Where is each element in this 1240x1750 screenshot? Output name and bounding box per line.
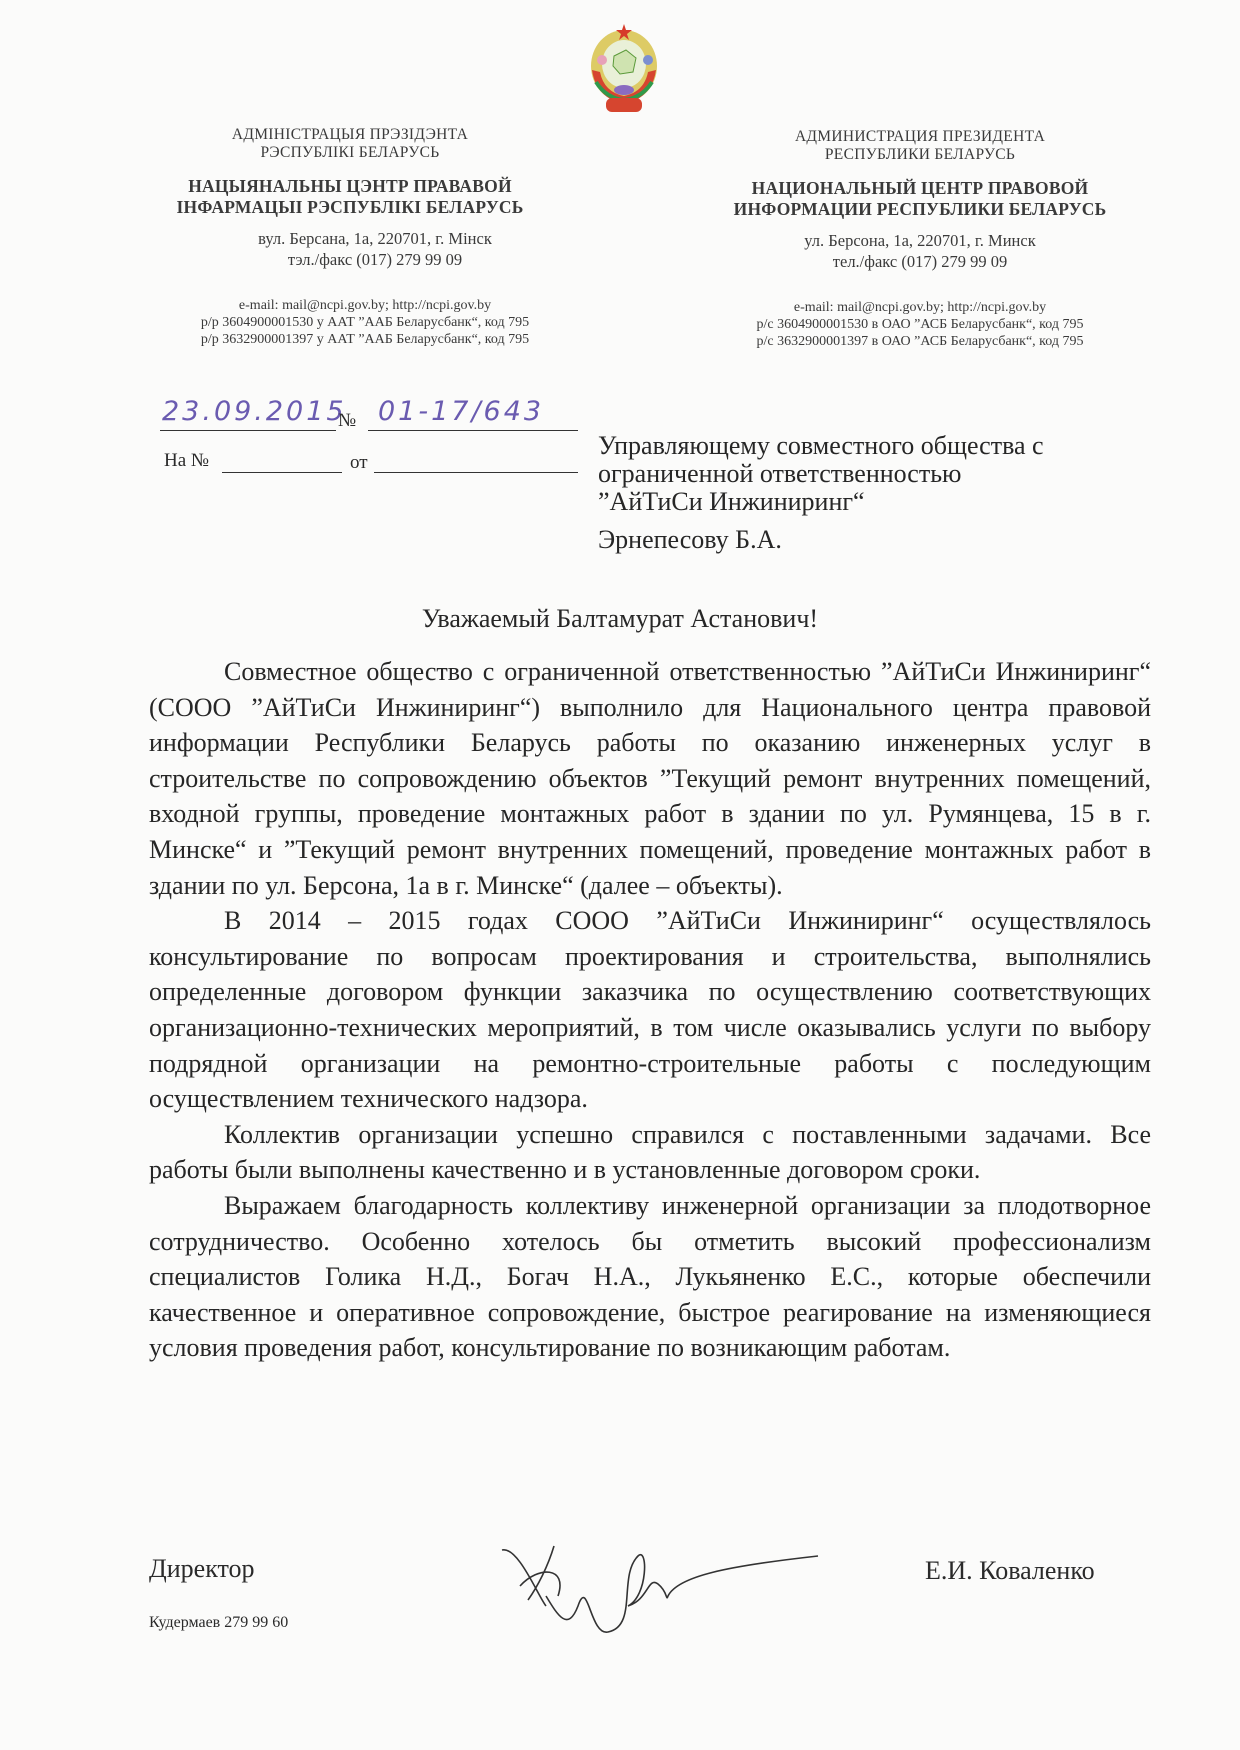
phone-ru: тел./факс (017) 279 99 09 xyxy=(700,251,1140,272)
paragraph-1: Совместное общество с ограниченной ответ… xyxy=(149,654,1151,903)
org-name-line2-ru: ИНФОРМАЦИИ РЕСПУБЛИКИ БЕЛАРУСЬ xyxy=(700,199,1140,220)
account1-ru: р/с 3604900001530 в ОАО ”АСБ Беларусбанк… xyxy=(700,316,1140,333)
from-label: от xyxy=(350,452,368,474)
signer-position: Директор xyxy=(149,1554,255,1584)
letter-body: Совместное общество с ограниченной ответ… xyxy=(149,654,1151,1366)
org-name-line1-ru: НАЦИОНАЛЬНЫЙ ЦЕНТР ПРАВОВОЙ xyxy=(700,178,1140,199)
account2-by: р/р 3632900001397 у ААТ ”ААБ Беларусбанк… xyxy=(140,331,560,348)
executor-contact: Кудермаев 279 99 60 xyxy=(149,1614,288,1632)
admin-title-by: АДМІНІСТРАЦЫЯ ПРЭЗІДЭНТА xyxy=(140,126,560,144)
paragraph-2: В 2014 – 2015 годах СООО ”АйТиСи Инжинир… xyxy=(149,903,1151,1117)
addressee-line2: ограниченной ответственностью xyxy=(598,460,1044,488)
greeting: Уважаемый Балтамурат Астанович! xyxy=(0,604,1240,634)
org-name-line1-by: НАЦЫЯНАЛЬНЫ ЦЭНТР ПРАВАВОЙ xyxy=(140,176,560,197)
addressee-name: Эрнепесову Б.А. xyxy=(598,526,1044,554)
email-by: e-mail: mail@ncpi.gov.by; http://ncpi.go… xyxy=(140,297,560,314)
addressee-line1: Управляющему совместного общества с xyxy=(598,432,1044,460)
reply-date-line xyxy=(374,452,578,473)
addressee-line3: ”АйТиСи Инжиниринг“ xyxy=(598,488,1044,516)
address-ru: ул. Берсона, 1а, 220701, г. Минск xyxy=(700,230,1140,251)
signer-name: Е.И. Коваленко xyxy=(925,1556,1095,1586)
reply-label: На № xyxy=(164,450,209,472)
paragraph-4: Выражаем благодарность коллективу инжене… xyxy=(149,1188,1151,1366)
number-sign: № xyxy=(338,410,356,432)
number-handwritten: 01-17/643 xyxy=(378,396,544,427)
number-field: 01-17/643 xyxy=(368,404,578,431)
admin-title-ru: АДМИНИСТРАЦИЯ ПРЕЗИДЕНТА xyxy=(700,128,1140,146)
signature-icon xyxy=(498,1536,828,1646)
date-field: 23.09.2015 xyxy=(160,404,336,431)
header-right: АДМИНИСТРАЦИЯ ПРЕЗИДЕНТА РЕСПУБЛИКИ БЕЛА… xyxy=(700,128,1140,350)
reply-number-line xyxy=(222,452,342,473)
account2-ru: р/с 3632900001397 в ОАО ”АСБ Беларусбанк… xyxy=(700,333,1140,350)
phone-by: тэл./факс (017) 279 99 09 xyxy=(140,249,560,270)
header-left: АДМІНІСТРАЦЫЯ ПРЭЗІДЭНТА РЭСПУБЛІКІ БЕЛА… xyxy=(140,126,560,348)
email-ru: e-mail: mail@ncpi.gov.by; http://ncpi.go… xyxy=(700,299,1140,316)
addressee-block: Управляющему совместного общества с огра… xyxy=(598,432,1044,554)
admin-subtitle-ru: РЕСПУБЛИКИ БЕЛАРУСЬ xyxy=(700,146,1140,164)
org-name-line2-by: ІНФАРМАЦЫІ РЭСПУБЛІКІ БЕЛАРУСЬ xyxy=(140,197,560,218)
state-emblem-icon xyxy=(586,20,662,116)
date-handwritten: 23.09.2015 xyxy=(162,396,347,427)
account1-by: р/р 3604900001530 у ААТ ”ААБ Беларусбанк… xyxy=(140,314,560,331)
admin-subtitle-by: РЭСПУБЛІКІ БЕЛАРУСЬ xyxy=(140,144,560,162)
address-by: вул. Берсана, 1а, 220701, г. Мінск xyxy=(140,228,560,249)
paragraph-3: Коллектив организации успешно справился … xyxy=(149,1117,1151,1188)
